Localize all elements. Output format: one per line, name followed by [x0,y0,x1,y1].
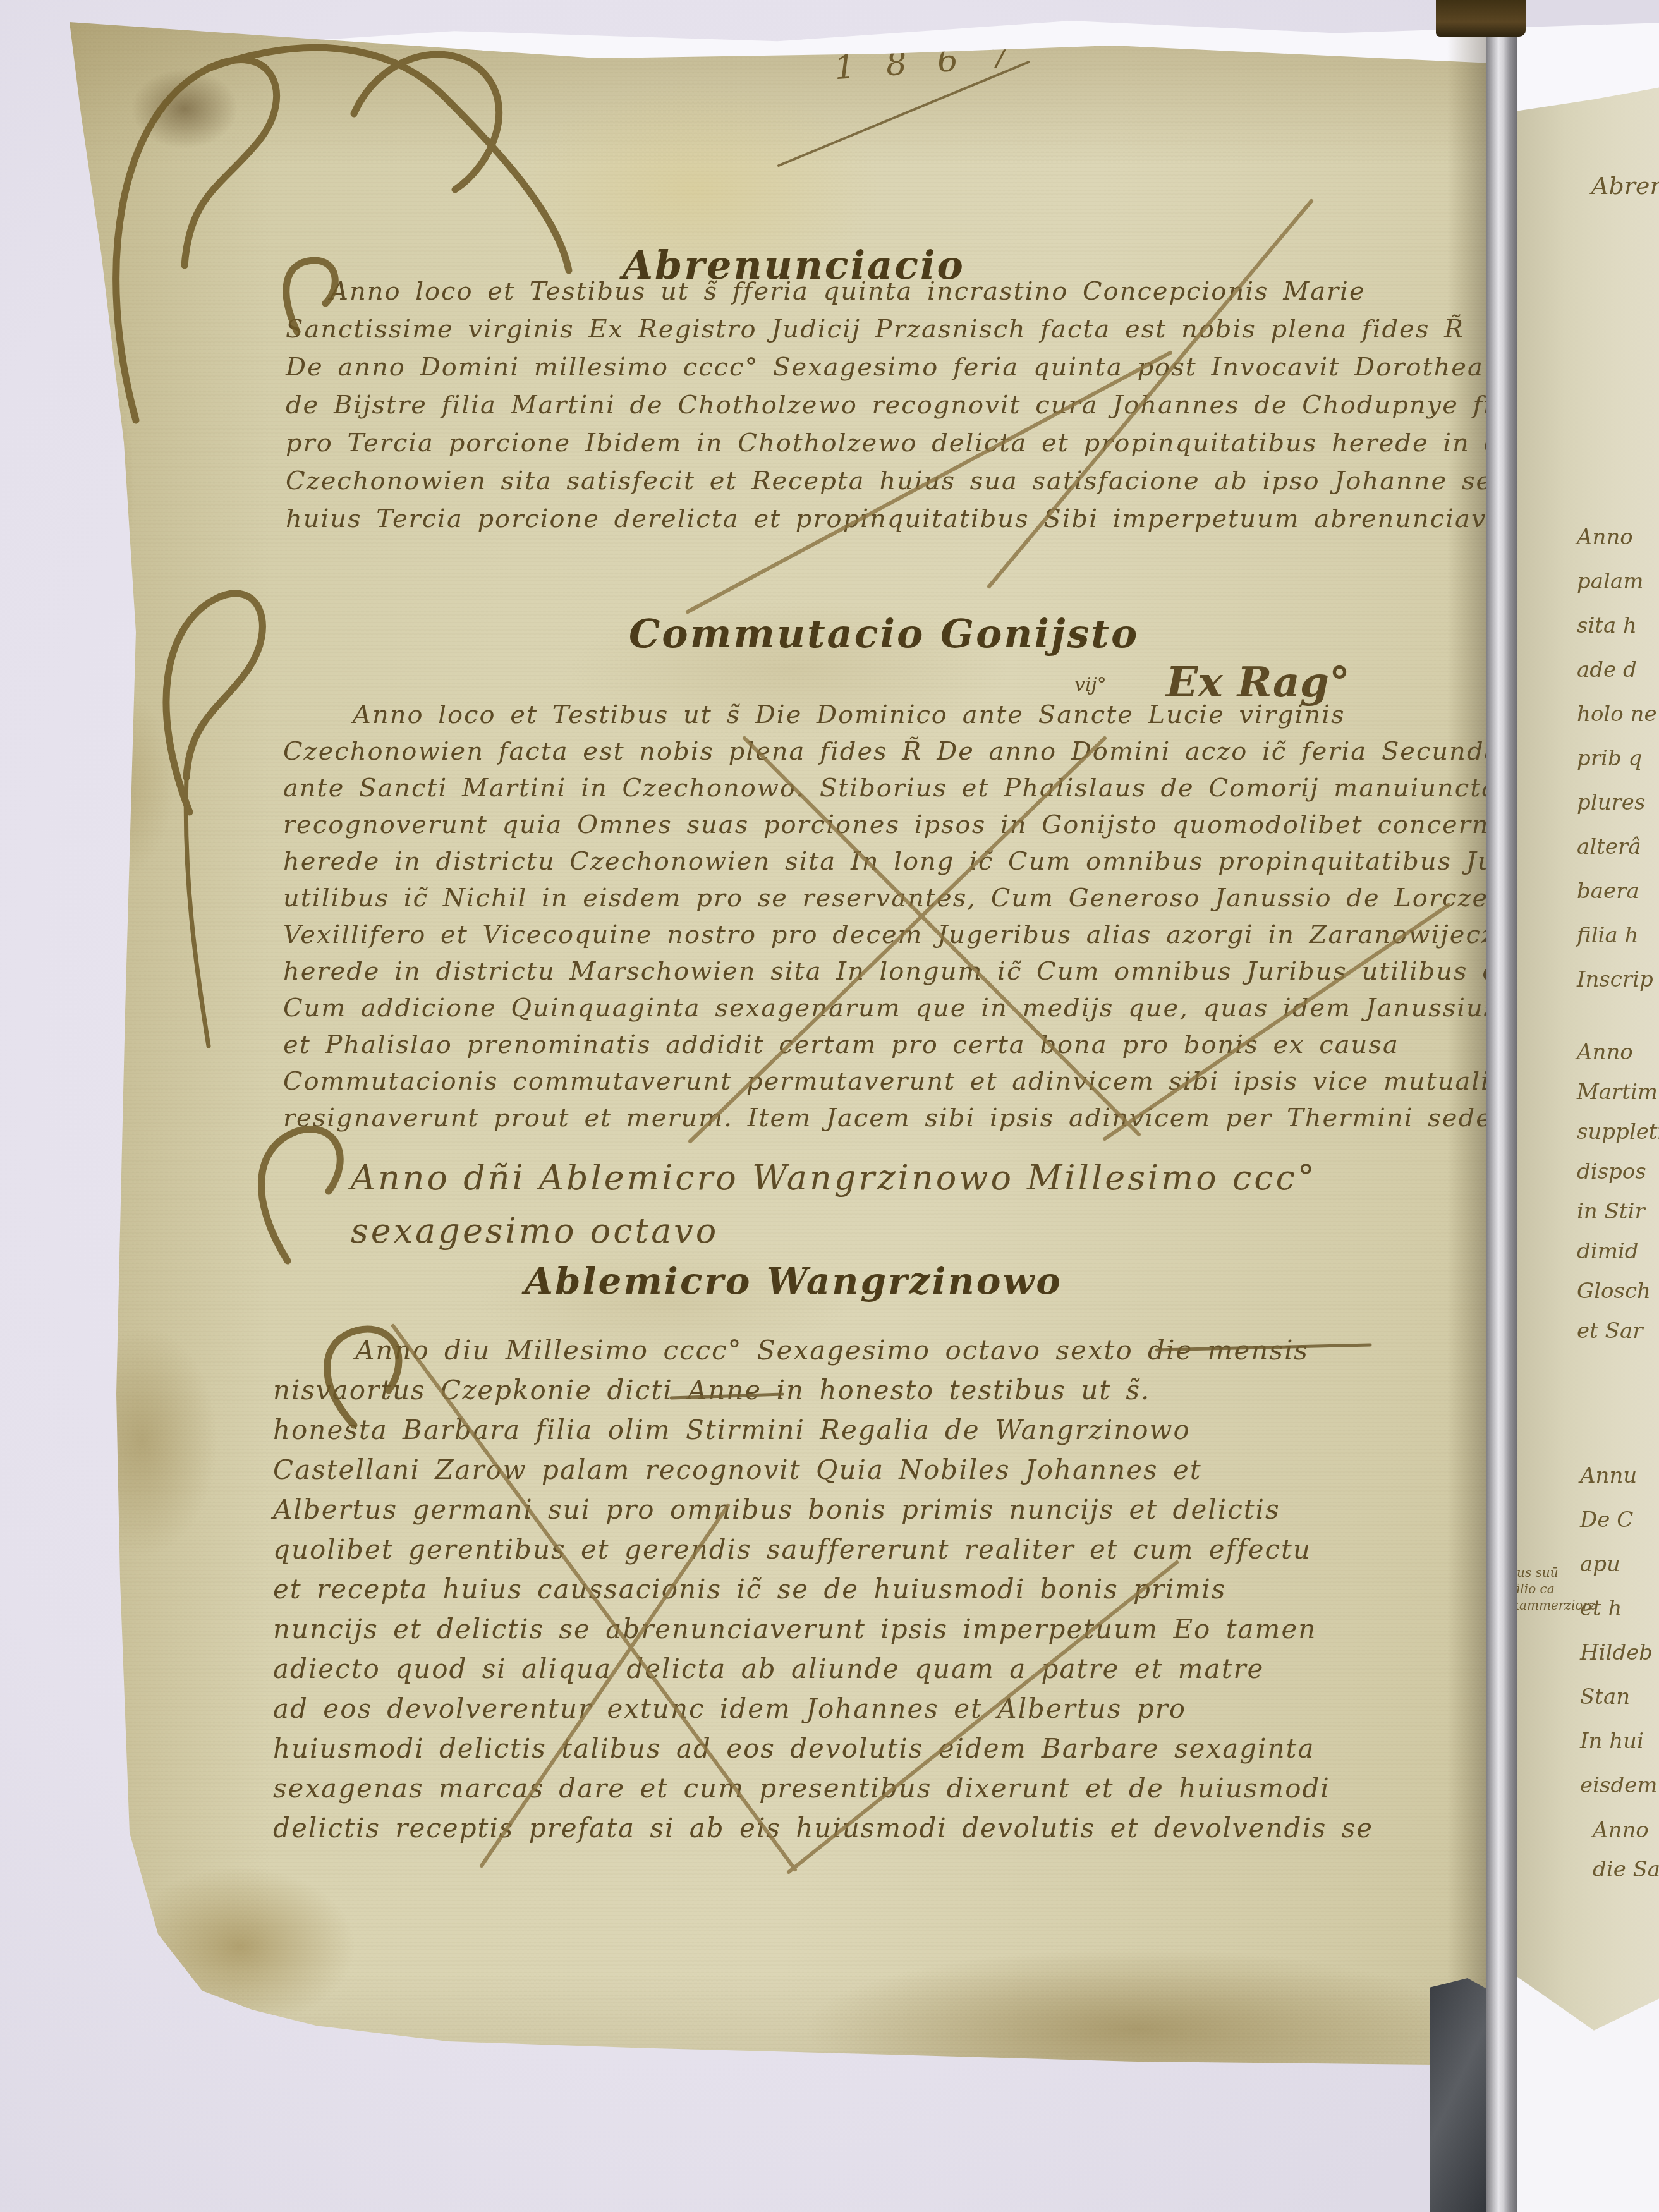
text-line: Anno [1577,1040,1659,1079]
text-line: die Sa [1593,1857,1659,1896]
text-line: ade d [1577,657,1657,702]
text-line: Castellani Zarow palam recognovit Quia N… [273,1454,1373,1494]
text-line: nuncijs et delictis se abrenunciaverunt … [273,1613,1373,1653]
text-line: alterâ [1577,834,1657,878]
text-line: Albertus germani sui pro omnibus bonis p… [273,1494,1373,1534]
text-line: herede in districtu Czechonowien sita In… [283,847,1648,884]
text-line: Inscrip [1577,967,1657,1011]
text-line: eisdem re [1580,1773,1659,1817]
gutter-shadow [1447,0,1492,2212]
text-line: Anno loco et Testibus ut s̃ fferia quint… [286,277,1604,315]
text-line: recognoverunt quia Omnes suas porciones … [283,810,1648,847]
text-line: Anno diu Millesimo cccc° Sexagesimo octa… [273,1335,1373,1375]
book-clamp [1430,1978,1493,2212]
text-line: filia h [1577,923,1657,967]
text-line: pro Tercia porcione Ibidem in Chotholzew… [286,428,1604,466]
interline-entry-line1: Anno dñi Ablemicro Wangrzinowo Millesimo… [351,1158,1317,1198]
text-line: Commutacionis commutaverunt permutaverun… [283,1067,1648,1103]
text-line: holo ne [1577,702,1657,746]
text-line: sita h [1577,613,1657,657]
facing-page-header-fragment: Abren [1591,172,1659,200]
text-line: ad eos devolverentur extunc idem Johanne… [273,1693,1373,1733]
section-heading-commutacio: Commutacio Gonijsto [629,611,1139,657]
text-line: De anno Domini millesimo cccc° Sexagesim… [286,353,1604,391]
text-line: et recepta huius caussacionis ic̃ se de … [273,1574,1373,1613]
leather-strap [1436,0,1526,37]
facing-page-text-fragments: Annodie Sa [1593,1818,1659,1896]
text-line: adiecto quod si aliqua delicta ab aliund… [273,1653,1373,1693]
text-line: Anno loco et Testibus ut s̃ Die Dominico… [283,700,1648,737]
facing-page-text-fragments: AnnuDe Capuet hHildebStanIn huieisdem re [1580,1463,1659,1817]
text-line: dispos [1577,1159,1659,1199]
text-line: quolibet gerentibus et gerendis sauffere… [273,1534,1373,1574]
text-line: plures [1577,790,1657,834]
paragraph-commutacio: Anno loco et Testibus ut s̃ Die Dominico… [283,700,1648,1140]
text-line: dimid [1577,1239,1659,1279]
text-line: filio ca [1512,1581,1595,1598]
facing-page-margin-note: Jus suūfilio cakammerziorz [1512,1565,1595,1614]
text-line: suppleti [1577,1119,1659,1159]
text-line: De C [1580,1507,1659,1552]
text-line: et Sar [1577,1318,1659,1358]
text-line: delictis receptis prefata si ab eis huiu… [273,1813,1373,1852]
paragraph-abrenunciacio: Anno loco et Testibus ut s̃ fferia quint… [286,277,1604,542]
text-line: palam [1577,569,1657,613]
text-line: Anno [1593,1818,1659,1857]
text-line: ante Sancti Martini in Czechonowo. Stibo… [283,774,1648,810]
text-line: in Stir [1577,1199,1659,1239]
margin-note-ex-rago: Ex Rag° [1166,657,1350,707]
glass-weight-rod [1486,0,1517,2212]
text-line: resignaverunt prout et merum. Item Jacem… [283,1103,1648,1140]
text-line: nisvaortus Czepkonie dicti Anne in hones… [273,1375,1373,1414]
text-line: Stan [1580,1684,1659,1729]
text-line: huius Tercia porcione derelicta et propi… [286,504,1604,542]
text-line: et Phalislao prenominatis addidit certam… [283,1030,1648,1067]
interline-entry-line2: sexagesimo octavo [351,1211,719,1251]
text-line: baera [1577,878,1657,923]
margin-note-small: vij° [1074,674,1107,696]
section-heading-ablemicro: Ablemicro Wangrzinowo [525,1260,1062,1303]
manuscript-photo: Abren Annopalamsita hade dholo neprib qp… [0,0,1659,2212]
text-line: Martim [1577,1079,1659,1119]
text-line: utilibus ic̃ Nichil in eisdem pro se res… [283,884,1648,920]
text-line: Annu [1580,1463,1659,1507]
text-line: Hildeb [1580,1640,1659,1684]
text-line: kammerziorz [1512,1598,1595,1614]
text-line: honesta Barbara filia olim Stirmini Rega… [273,1414,1373,1454]
text-line: Vexillifero et Vicecoquine nostro pro de… [283,920,1648,957]
text-line: Jus suū [1512,1565,1595,1581]
text-line: prib q [1577,746,1657,790]
text-line: Anno [1577,525,1657,569]
facing-page-text-fragments: AnnoMartimsuppletidisposin StirdimidGlos… [1577,1040,1659,1358]
facing-page-text-fragments: Annopalamsita hade dholo neprib qpluresa… [1577,525,1657,1011]
parchment-page: 1 8 6 7 Abrenunciacio Anno loco et Testi… [0,0,1659,2212]
paragraph-ablemicro: Anno diu Millesimo cccc° Sexagesimo octa… [273,1335,1373,1852]
text-line: Cum addicione Quinquaginta sexagenarum q… [283,994,1648,1030]
text-line: huiusmodi delictis talibus ad eos devolu… [273,1733,1373,1773]
text-line: Glosch [1577,1279,1659,1318]
text-line: sexagenas marcas dare et cum presentibus… [273,1773,1373,1813]
text-line: Czechonowien sita satisfecit et Recepta … [286,466,1604,504]
text-line: Czechonowien facta est nobis plena fides… [283,737,1648,774]
text-line: herede in districtu Marschowien sita In … [283,957,1648,994]
text-line: de Bijstre filia Martini de Chotholzewo … [286,391,1604,428]
text-line: In hui [1580,1729,1659,1773]
text-line: Sanctissime virginis Ex Registro Judicij… [286,315,1604,353]
